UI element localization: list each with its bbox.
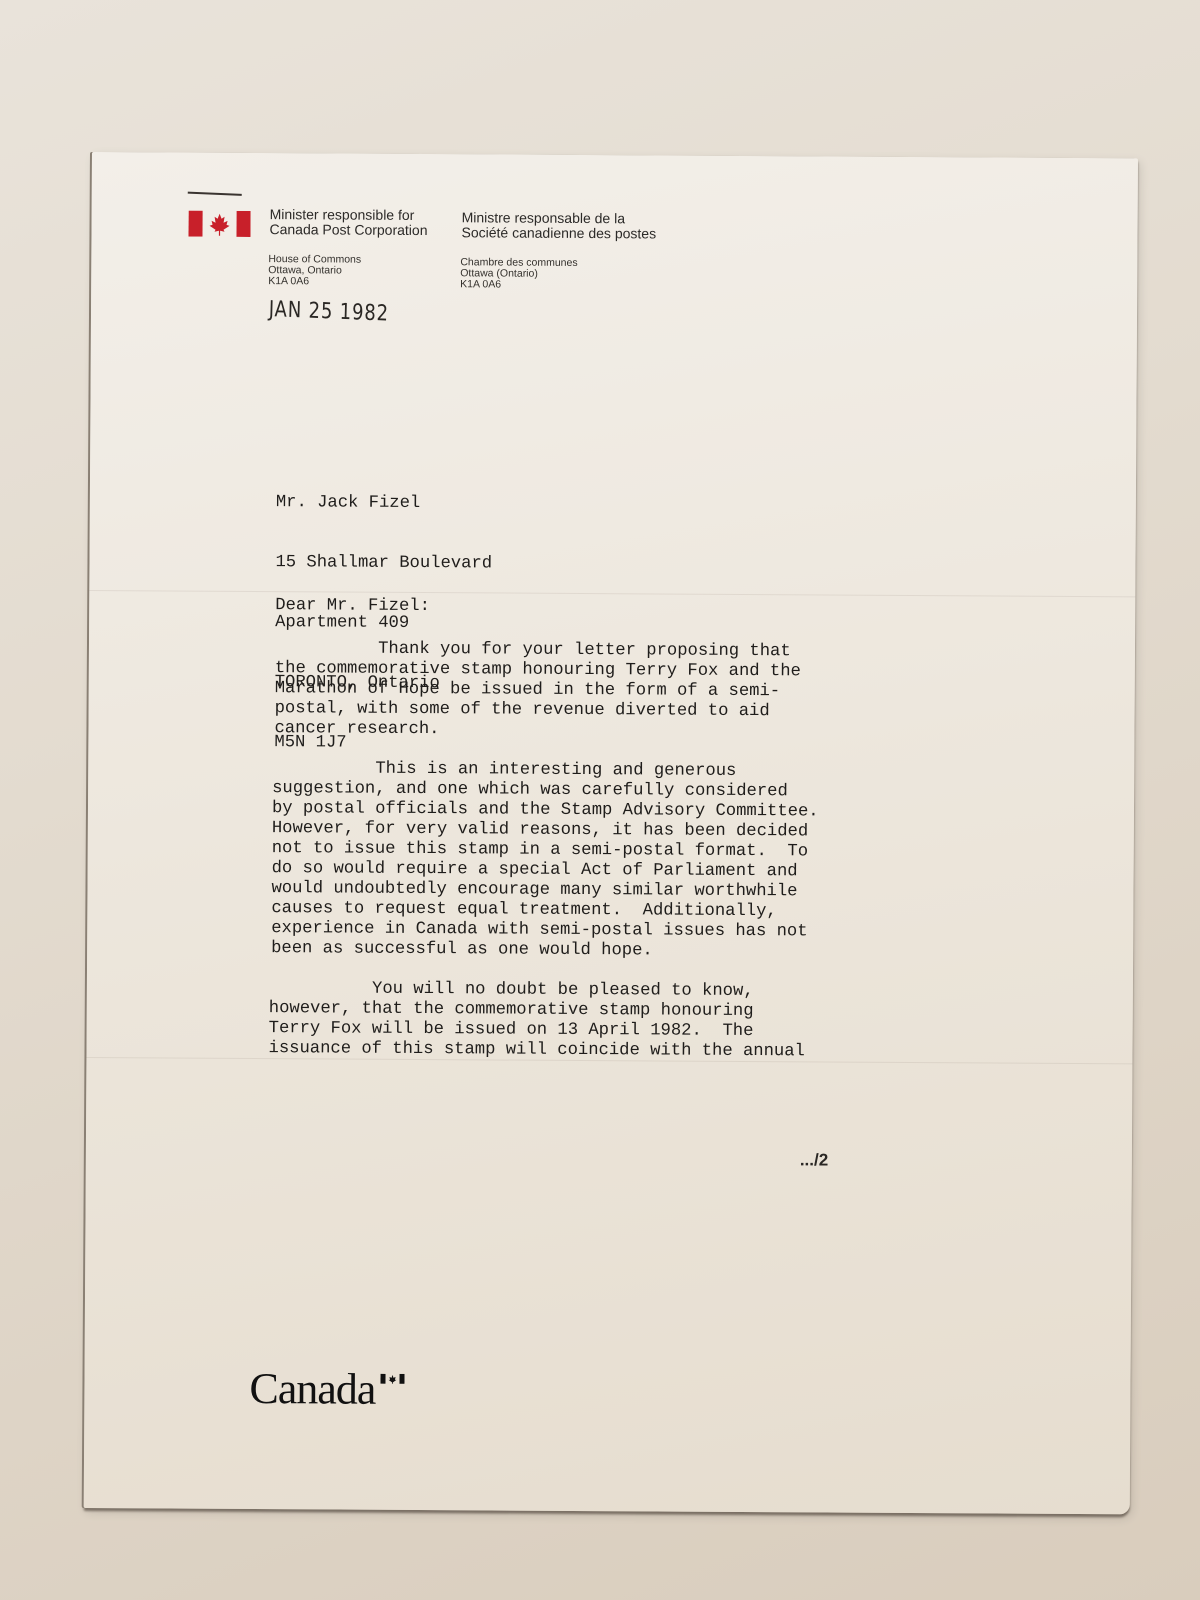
letterhead-english-title: Minister responsible for Canada Post Cor… (269, 207, 427, 238)
fold-line (89, 590, 1135, 597)
staple-mark (188, 192, 242, 196)
body-paragraph: This is an interesting and generous sugg… (271, 759, 819, 962)
body-paragraph: You will no doubt be pleased to know, ho… (268, 979, 805, 1062)
body-paragraph: Thank you for your letter proposing that… (274, 639, 801, 742)
page-continuation: .../2 (800, 1150, 828, 1170)
letterhead-title-line: Canada Post Corporation (269, 222, 427, 238)
letterhead-title-line: Société canadienne des postes (461, 225, 656, 241)
recipient-line: Mr. Jack Fizel (276, 493, 493, 514)
letterhead-english-address: House of Commons Ottawa, Ontario K1A 0A6 (268, 254, 361, 288)
canada-wordmark: Canada (249, 1363, 375, 1415)
address-line: K1A 0A6 (268, 276, 361, 288)
letterhead-french-title: Ministre responsable de la Société canad… (461, 210, 656, 241)
letter-page: Minister responsible for Canada Post Cor… (84, 152, 1138, 1514)
salutation: Dear Mr. Fizel: (275, 596, 430, 617)
letterhead-french-address: Chambre des communes Ottawa (Ontario) K1… (460, 257, 578, 291)
date-stamp: JAN 25 1982 (268, 297, 389, 327)
wordmark-flag-icon (380, 1374, 404, 1384)
recipient-line: 15 Shallmar Boulevard (275, 553, 492, 574)
address-line: K1A 0A6 (460, 279, 577, 291)
canada-flag-icon (188, 211, 250, 237)
recipient-address: Mr. Jack Fizel 15 Shallmar Boulevard Apa… (274, 453, 493, 794)
